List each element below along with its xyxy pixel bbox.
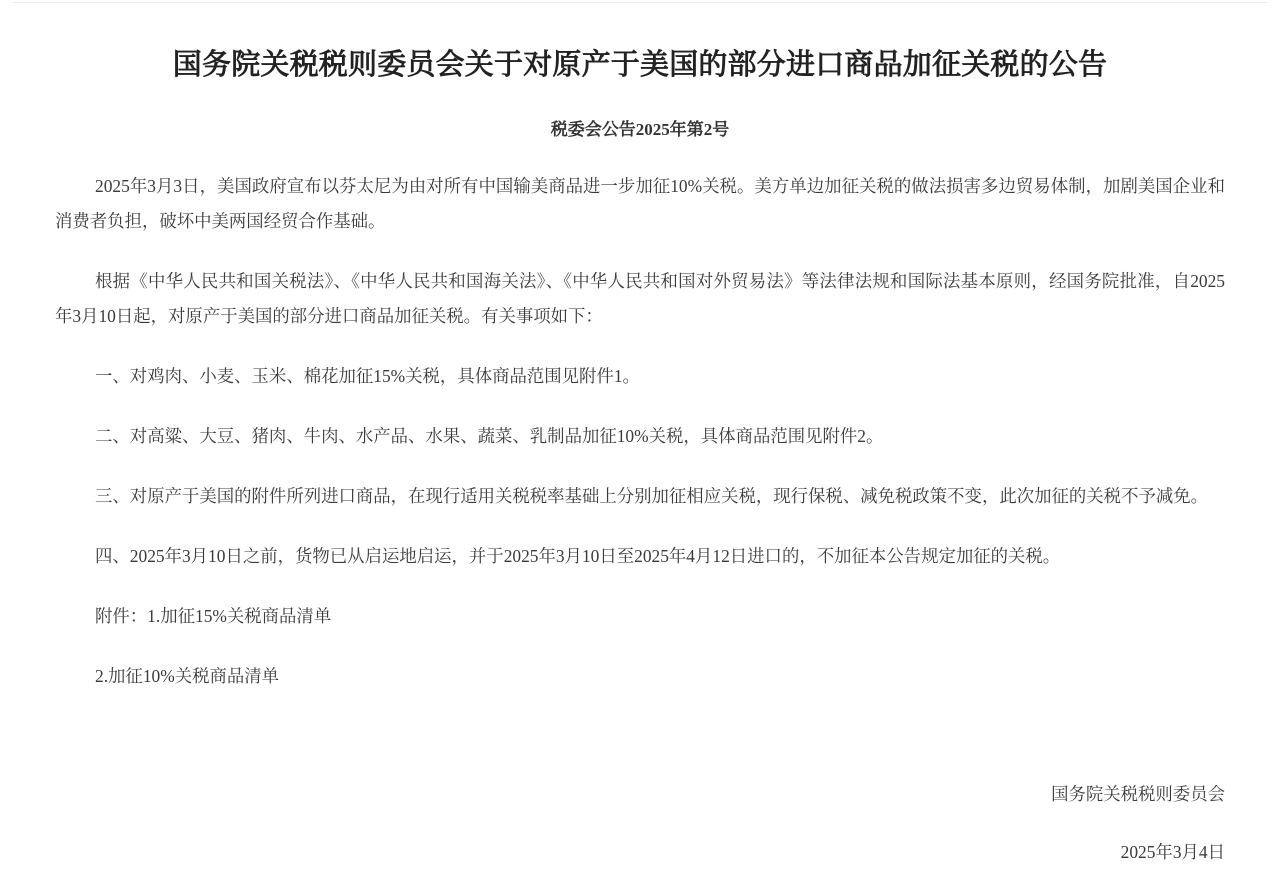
document-title: 国务院关税税则委员会关于对原产于美国的部分进口商品加征关税的公告 <box>55 44 1225 84</box>
issue-date: 2025年3月4日 <box>1121 835 1225 870</box>
paragraph-item-3: 三、对原产于美国的附件所列进口商品，在现行适用关税税率基础上分别加征相应关税，现… <box>55 479 1225 514</box>
paragraph-legal-basis: 根据《中华人民共和国关税法》、《中华人民共和国海关法》、《中华人民共和国对外贸易… <box>55 264 1225 334</box>
paragraph-background: 2025年3月3日，美国政府宣布以芬太尼为由对所有中国输美商品进一步加征10%关… <box>55 169 1225 239</box>
attachment-2: 2.加征10%关税商品清单 <box>55 659 1225 694</box>
signatory: 国务院关税税则委员会 <box>1051 777 1225 812</box>
attachment-1: 附件：1.加征15%关税商品清单 <box>55 599 1225 634</box>
paragraph-item-1: 一、对鸡肉、小麦、玉米、棉花加征15%关税，具体商品范围见附件1。 <box>55 359 1225 394</box>
document-body: 2025年3月3日，美国政府宣布以芬太尼为由对所有中国输美商品进一步加征10%关… <box>55 169 1225 719</box>
paragraph-item-2: 二、对高粱、大豆、猪肉、牛肉、水产品、水果、蔬菜、乳制品加征10%关税，具体商品… <box>55 419 1225 454</box>
document-number: 税委会公告2025年第2号 <box>55 118 1225 142</box>
paragraph-item-4: 四、2025年3月10日之前，货物已从启运地启运，并于2025年3月10日至20… <box>55 539 1225 574</box>
top-divider <box>12 2 1268 3</box>
